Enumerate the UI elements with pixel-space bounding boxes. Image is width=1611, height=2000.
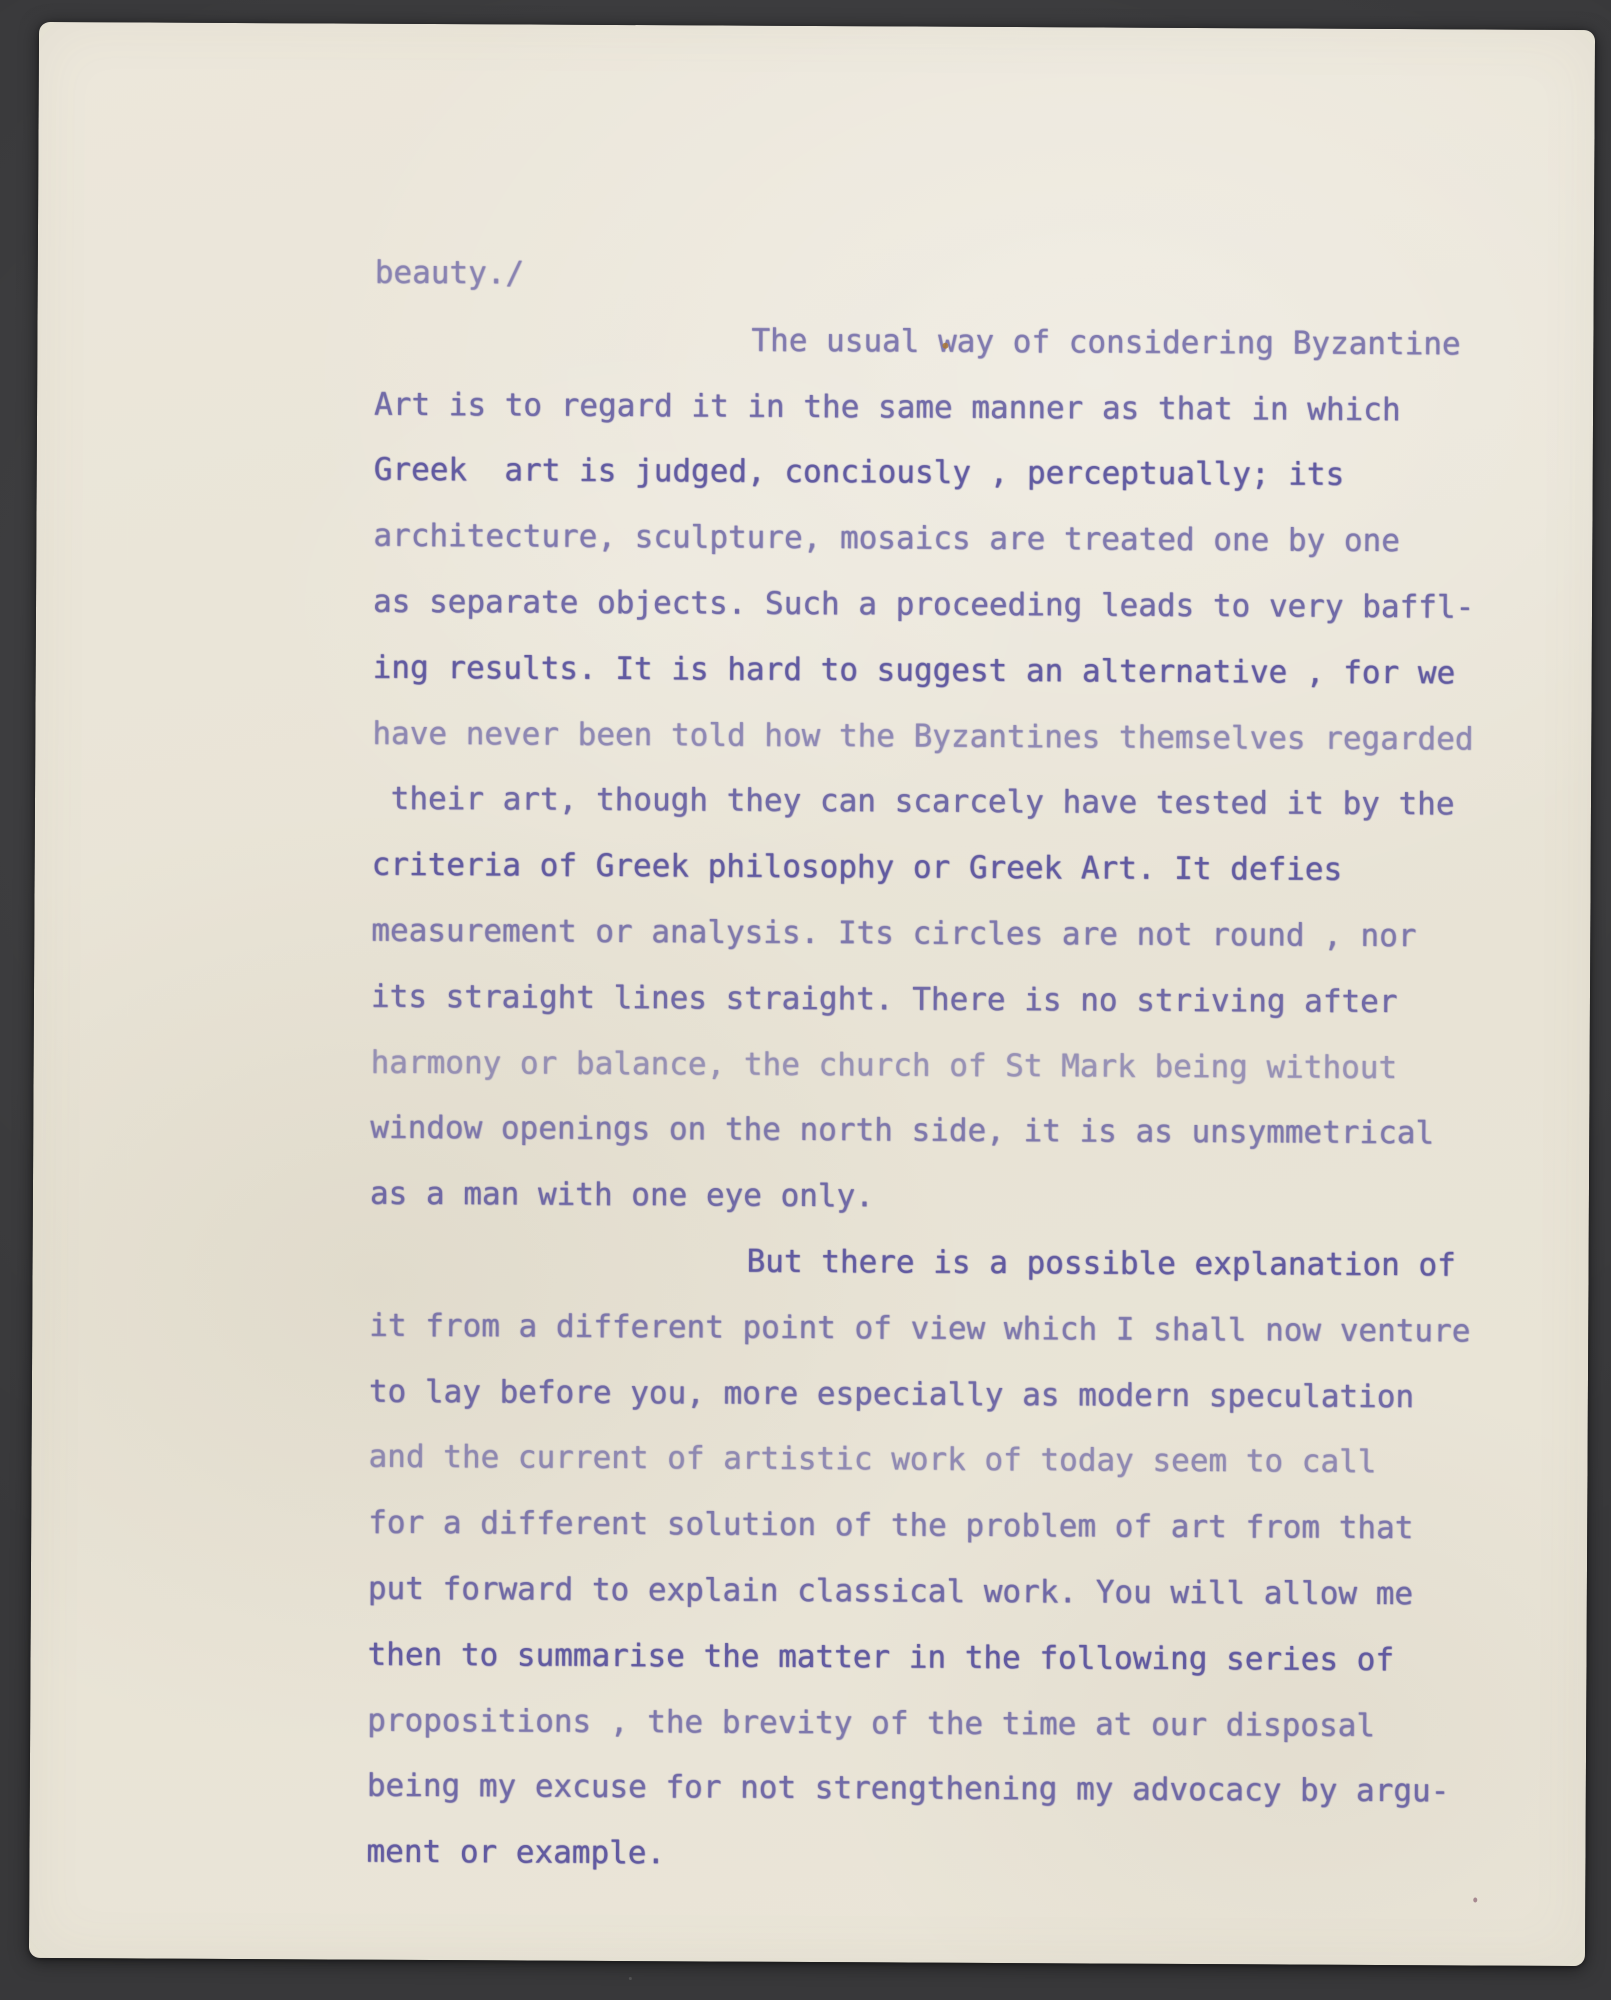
text-line: then to summarise the matter in the foll… [367, 1622, 1547, 1694]
photographed-scan: beauty./The usual way of considering Byz… [0, 0, 1611, 2000]
text-line: as separate objects. Such a proceeding l… [373, 570, 1553, 642]
text-line: Greek art is judged, conciously , percep… [374, 438, 1554, 510]
text-line: criteria of Greek philosophy or Greek Ar… [371, 833, 1551, 905]
text-line: and the current of artistic work of toda… [368, 1425, 1548, 1497]
text-line: ing results. It is hard to suggest an al… [373, 635, 1553, 707]
text-line: being my excuse for not strengthening my… [367, 1754, 1547, 1826]
paper-speck [1473, 1897, 1477, 1902]
text-line: measurement or analysis. Its circles are… [371, 899, 1551, 971]
text-line: its straight lines straight. There is no… [371, 964, 1551, 1036]
text-line: ment or example. [366, 1820, 1546, 1892]
paper-speck [629, 1977, 632, 1980]
text-line: their art, though they can scarcely have… [372, 767, 1552, 839]
typewritten-text: beauty./The usual way of considering Byz… [366, 241, 1555, 1892]
text-line: The usual way of considering Byzantine [374, 306, 1554, 378]
text-line: beauty./ [375, 241, 1555, 313]
text-line: it from a different point of view which … [369, 1293, 1549, 1365]
text-line: window openings on the north side, it is… [370, 1096, 1550, 1168]
text-line: Art is to regard it in the same manner a… [374, 372, 1554, 444]
text-line: propositions , the brevity of the time a… [367, 1688, 1547, 1760]
text-line: But there is a possible explanation of [369, 1228, 1549, 1300]
document-page: beauty./The usual way of considering Byz… [29, 22, 1595, 1966]
text-line: architecture, sculpture, mosaics are tre… [373, 504, 1553, 576]
text-line: as a man with one eye only. [370, 1162, 1550, 1234]
text-line: harmony or balance, the church of St Mar… [370, 1030, 1550, 1102]
text-line: for a different solution of the problem … [368, 1491, 1548, 1563]
text-line: put forward to explain classical work. Y… [368, 1557, 1548, 1629]
text-line: to lay before you, more especially as mo… [369, 1359, 1549, 1431]
text-line: have never been told how the Byzantines … [372, 701, 1552, 773]
